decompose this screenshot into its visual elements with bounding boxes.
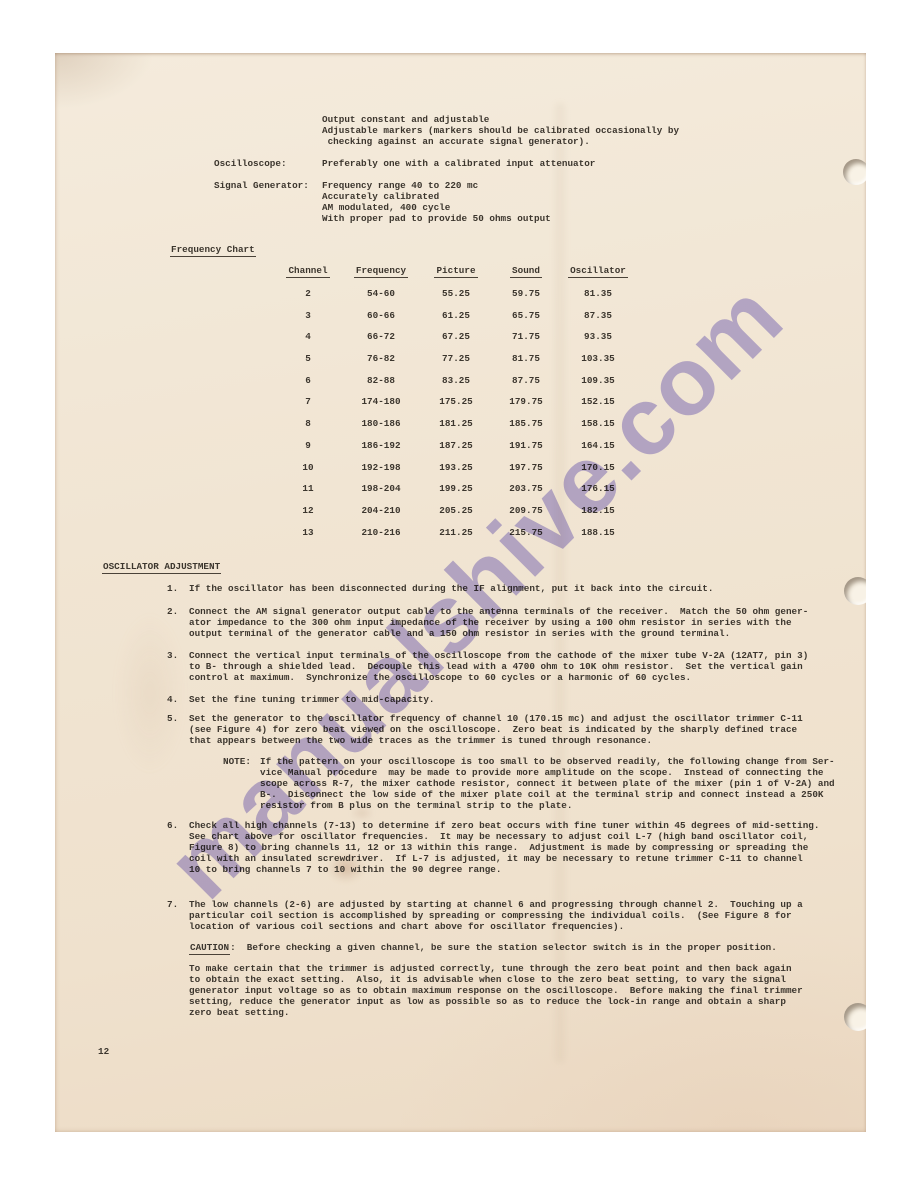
column-header-channel: Channel: [286, 265, 329, 278]
step-text: Set the generator to the oscillator freq…: [189, 713, 803, 746]
cell-oscillator: 182.15: [549, 505, 647, 516]
step-5: 5.Set the generator to the oscillator fr…: [167, 713, 803, 746]
cell-frequency: 66-72: [353, 331, 409, 342]
cell-picture: 193.25: [409, 462, 503, 473]
cell-channel: 8: [263, 418, 353, 429]
punch-hole: [844, 1003, 866, 1031]
cell-frequency: 82-88: [353, 375, 409, 386]
punch-hole: [843, 159, 866, 185]
cell-picture: 55.25: [409, 288, 503, 299]
column-header-frequency: Frequency: [354, 265, 408, 278]
caution-label: CAUTION: [189, 942, 230, 955]
frequency-chart-table: 254-6055.2559.7581.35 360-6661.2565.7587…: [263, 288, 647, 548]
cell-frequency: 54-60: [353, 288, 409, 299]
cell-sound: 65.75: [503, 310, 549, 321]
cell-frequency: 60-66: [353, 310, 409, 321]
cell-oscillator: 103.35: [549, 353, 647, 364]
section-title-text: OSCILLATOR ADJUSTMENT: [102, 561, 221, 574]
step-number: 1.: [167, 583, 189, 594]
cell-frequency: 210-216: [353, 527, 409, 538]
cell-frequency: 186-192: [353, 440, 409, 451]
column-header-picture: Picture: [434, 265, 477, 278]
cell-picture: 211.25: [409, 527, 503, 538]
cell-picture: 67.25: [409, 331, 503, 342]
cell-oscillator: 109.35: [549, 375, 647, 386]
step-text: Check all high channels (7-13) to determ…: [189, 820, 819, 875]
step-7: 7.The low channels (2-6) are adjusted by…: [167, 899, 803, 932]
cell-sound: 191.75: [503, 440, 549, 451]
cell-oscillator: 170.15: [549, 462, 647, 473]
cell-oscillator: 87.35: [549, 310, 647, 321]
cell-frequency: 76-82: [353, 353, 409, 364]
cell-sound: 71.75: [503, 331, 549, 342]
step-text: The low channels (2-6) are adjusted by s…: [189, 899, 803, 932]
column-header-sound: Sound: [510, 265, 542, 278]
cell-channel: 5: [263, 353, 353, 364]
step-3: 3.Connect the vertical input terminals o…: [167, 650, 808, 683]
cell-sound: 203.75: [503, 483, 549, 494]
cell-sound: 209.75: [503, 505, 549, 516]
section-title: OSCILLATOR ADJUSTMENT: [102, 561, 221, 572]
cell-sound: 197.75: [503, 462, 549, 473]
step-6: 6.Check all high channels (7-13) to dete…: [167, 820, 819, 875]
cell-channel: 4: [263, 331, 353, 342]
cell-frequency: 198-204: [353, 483, 409, 494]
cell-picture: 181.25: [409, 418, 503, 429]
cell-channel: 11: [263, 483, 353, 494]
cell-oscillator: 158.15: [549, 418, 647, 429]
cell-channel: 9: [263, 440, 353, 451]
cell-channel: 2: [263, 288, 353, 299]
frequency-chart-title: Frequency Chart: [170, 244, 256, 255]
cell-sound: 59.75: [503, 288, 549, 299]
frequency-chart-header-row: Channel Frequency Picture Sound Oscillat…: [263, 265, 647, 278]
cell-oscillator: 164.15: [549, 440, 647, 451]
cell-oscillator: 152.15: [549, 396, 647, 407]
cell-picture: 61.25: [409, 310, 503, 321]
cell-oscillator: 188.15: [549, 527, 647, 538]
punch-hole: [844, 577, 866, 605]
step-number: 5.: [167, 713, 189, 746]
cell-picture: 187.25: [409, 440, 503, 451]
note-label: NOTE:: [223, 756, 260, 811]
step-number: 6.: [167, 820, 189, 875]
step-text: If the oscillator has been disconnected …: [189, 583, 713, 594]
step-1: 1.If the oscillator has been disconnecte…: [167, 583, 713, 594]
cell-sound: 215.75: [503, 527, 549, 538]
step-number: 7.: [167, 899, 189, 932]
cell-channel: 10: [263, 462, 353, 473]
cell-channel: 3: [263, 310, 353, 321]
step-2: 2.Connect the AM signal generator output…: [167, 606, 808, 639]
cell-channel: 6: [263, 375, 353, 386]
cell-channel: 12: [263, 505, 353, 516]
cell-sound: 179.75: [503, 396, 549, 407]
frequency-chart-title-text: Frequency Chart: [170, 244, 256, 257]
cell-picture: 199.25: [409, 483, 503, 494]
step-number: 2.: [167, 606, 189, 639]
cell-frequency: 192-198: [353, 462, 409, 473]
step-number: 4.: [167, 694, 189, 705]
cell-frequency: 174-180: [353, 396, 409, 407]
spec-output-lines: Output constant and adjustable Adjustabl…: [322, 114, 679, 147]
cell-channel: 13: [263, 527, 353, 538]
column-header-oscillator: Oscillator: [568, 265, 628, 278]
step-number: 3.: [167, 650, 189, 683]
step-text: Set the fine tuning trimmer to mid-capac…: [189, 694, 434, 705]
cell-oscillator: 176.15: [549, 483, 647, 494]
closing-paragraph: To make certain that the trimmer is adju…: [189, 963, 803, 1018]
cell-frequency: 180-186: [353, 418, 409, 429]
cell-sound: 81.75: [503, 353, 549, 364]
cell-frequency: 204-210: [353, 505, 409, 516]
note-text: If the pattern on your oscilloscope is t…: [260, 756, 835, 811]
spec-label-signal-generator: Signal Generator:: [214, 180, 309, 191]
step-text: Connect the vertical input terminals of …: [189, 650, 808, 683]
page-number: 12: [98, 1046, 109, 1057]
cell-picture: 175.25: [409, 396, 503, 407]
cell-sound: 185.75: [503, 418, 549, 429]
spec-value-oscilloscope: Preferably one with a calibrated input a…: [322, 158, 595, 169]
manual-page: Output constant and adjustable Adjustabl…: [55, 53, 866, 1132]
cell-channel: 7: [263, 396, 353, 407]
caution-line: CAUTION: Before checking a given channel…: [189, 942, 777, 953]
cell-picture: 83.25: [409, 375, 503, 386]
cell-oscillator: 81.35: [549, 288, 647, 299]
step-text: Connect the AM signal generator output c…: [189, 606, 808, 639]
cell-picture: 205.25: [409, 505, 503, 516]
caution-text: : Before checking a given channel, be su…: [230, 942, 777, 953]
spec-value-signal-generator: Frequency range 40 to 220 mc Accurately …: [322, 180, 551, 224]
spec-label-oscilloscope: Oscilloscope:: [214, 158, 287, 169]
cell-oscillator: 93.35: [549, 331, 647, 342]
step-4: 4.Set the fine tuning trimmer to mid-cap…: [167, 694, 434, 705]
note-block: NOTE:If the pattern on your oscilloscope…: [223, 756, 835, 811]
cell-picture: 77.25: [409, 353, 503, 364]
cell-sound: 87.75: [503, 375, 549, 386]
